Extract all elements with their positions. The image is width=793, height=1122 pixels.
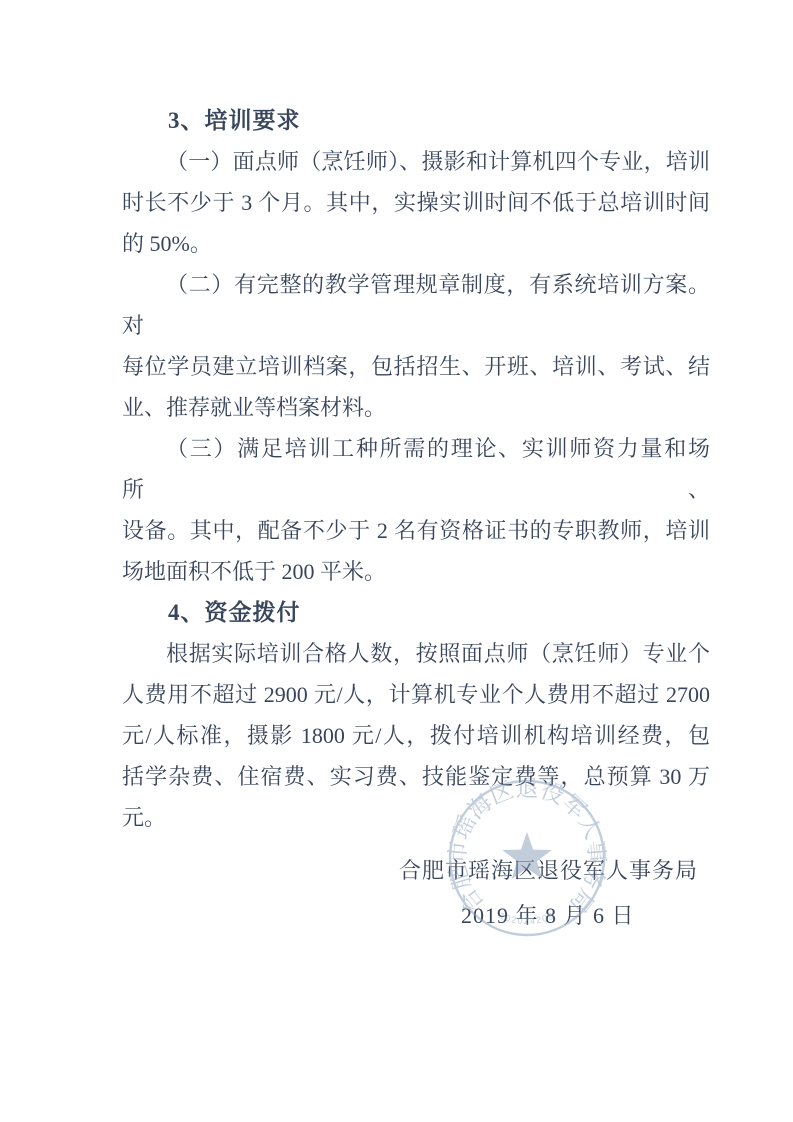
text-line: 时长不少于 3 个月。其中，实操实训时间不低于总培训时间	[122, 182, 710, 223]
seal-star-icon	[502, 832, 551, 879]
text-line: （一）面点师（烹饪师）、摄影和计算机四个专业，培训	[122, 141, 710, 182]
seal-code-arc: 102024205	[498, 910, 556, 926]
text-line: 元。	[122, 797, 710, 838]
text-line: 每位学员建立培训档案，包括招生、开班、培训、考试、结	[122, 346, 710, 387]
text-line: 的 50%。	[122, 223, 710, 264]
text-line: 括学杂费、住宿费、实习费、技能鉴定费等，总预算 30 万	[122, 756, 710, 797]
document-page: 3、培训要求（一）面点师（烹饪师）、摄影和计算机四个专业，培训时长不少于 3 个…	[0, 0, 793, 1122]
text-line: （三）满足培训工种所需的理论、实训师资力量和场所、	[122, 428, 710, 510]
text-line: 业、推荐就业等档案材料。	[122, 387, 710, 428]
text-line: 元/人标准，摄影 1800 元/人，拨付培训机构培训经费，包	[122, 715, 710, 756]
official-seal-icon: 合肥市瑶海区退役军人事务局 102024205	[447, 778, 607, 938]
seal-code-text: 102024205	[498, 910, 556, 926]
section-heading: 3、培训要求	[122, 100, 710, 141]
section-heading: 4、资金拨付	[122, 592, 710, 633]
document-body: 3、培训要求（一）面点师（烹饪师）、摄影和计算机四个专业，培训时长不少于 3 个…	[122, 100, 710, 838]
text-line: 设备。其中，配备不少于 2 名有资格证书的专职教师，培训	[122, 510, 710, 551]
text-line: 场地面积不低于 200 平米。	[122, 551, 710, 592]
text-line: 人费用不超过 2900 元/人，计算机专业个人费用不超过 2700	[122, 674, 710, 715]
text-line: （二）有完整的教学管理规章制度，有系统培训方案。对	[122, 264, 710, 346]
text-line: 根据实际培训合格人数，按照面点师（烹饪师）专业个	[122, 633, 710, 674]
